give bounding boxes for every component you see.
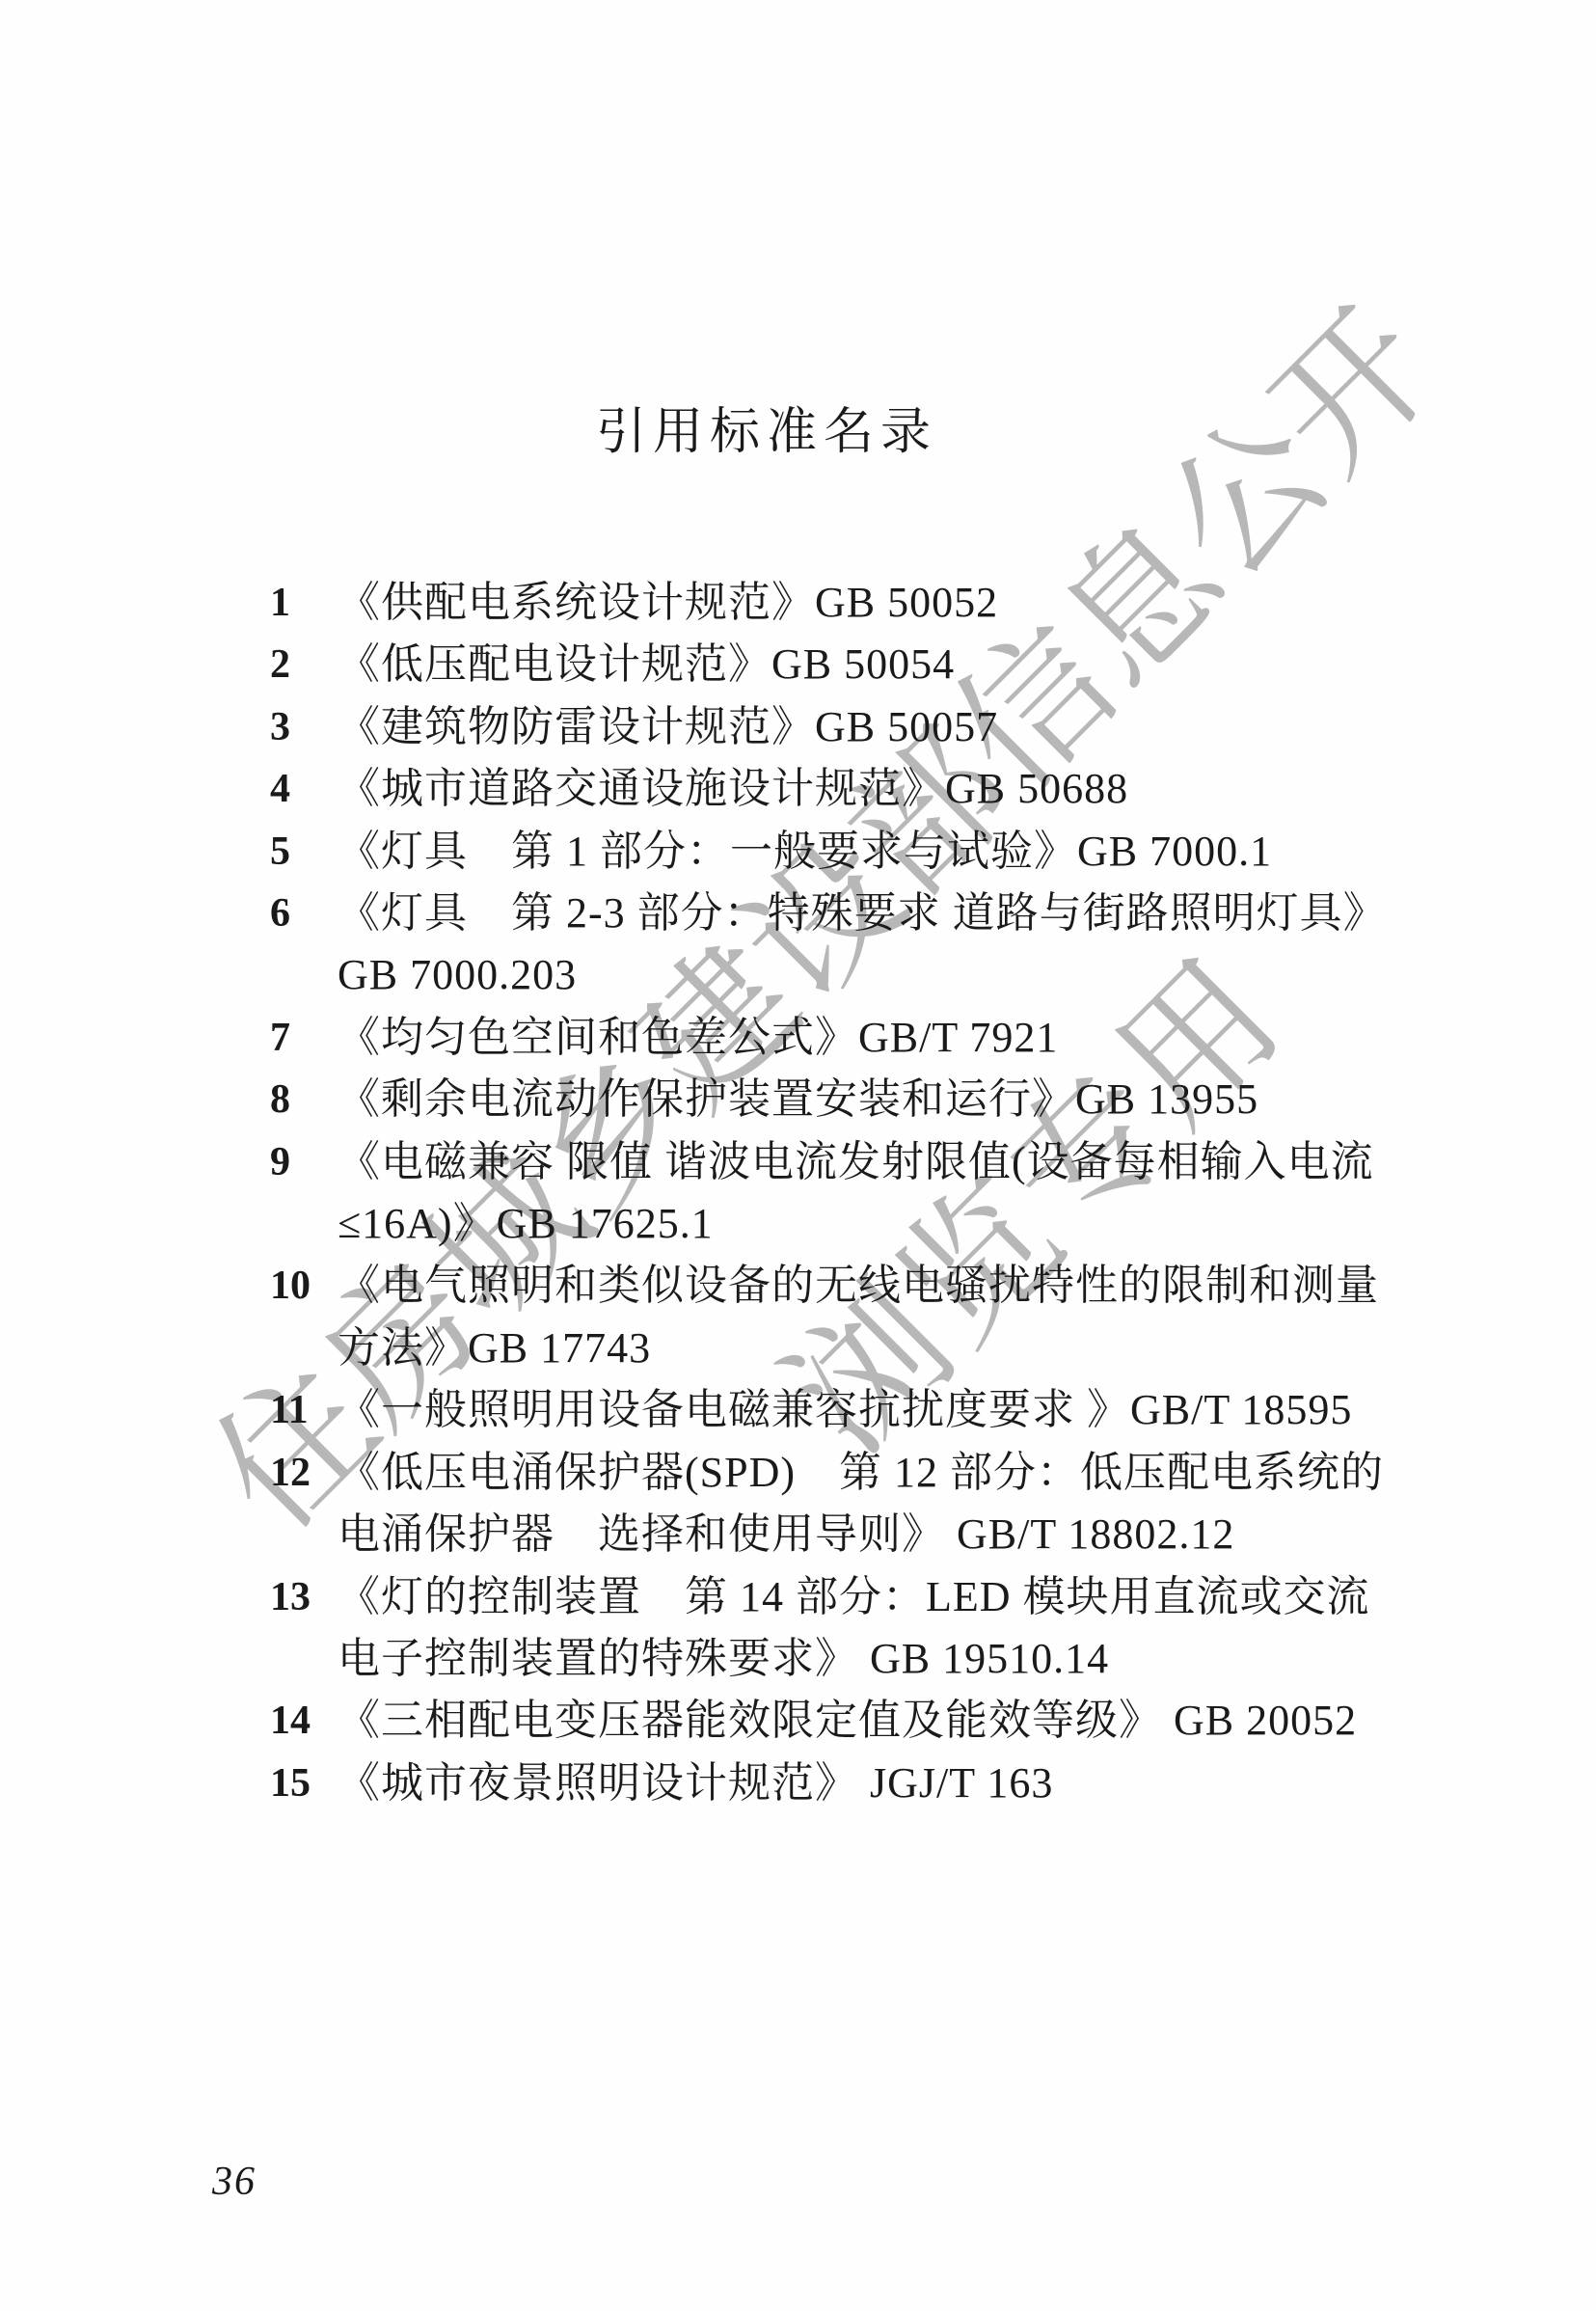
list-item-number: 6 xyxy=(270,883,338,944)
list-item-line: 8《剩余电流动作保护装置安装和运行》GB 13955 xyxy=(270,1069,1408,1130)
list-item-line: 5《灯具 第 1 部分：一般要求与试验》GB 7000.1 xyxy=(270,821,1408,883)
list-item-text: ≤16A)》GB 17625.1 xyxy=(338,1193,1408,1255)
list-item-text: 方法》GB 17743 xyxy=(338,1318,1408,1379)
list-item-text: 电涌保护器 选择和使用导则》 GB/T 18802.12 xyxy=(338,1504,1408,1565)
list-item-number xyxy=(270,1318,338,1379)
list-item-number: 9 xyxy=(270,1131,338,1193)
list-item-line: 电子控制装置的特殊要求》 GB 19510.14 xyxy=(270,1628,1408,1690)
list-item-number: 2 xyxy=(270,634,338,695)
page-title: 引用标准名录 xyxy=(596,406,937,460)
list-item-number: 4 xyxy=(270,758,338,820)
list-item-text: 《建筑物防雷设计规范》GB 50057 xyxy=(338,696,1408,758)
standards-list: 1《供配电系统设计规范》GB 500522《低压配电设计规范》GB 500543… xyxy=(270,572,1408,1814)
list-item-line: 1《供配电系统设计规范》GB 50052 xyxy=(270,572,1408,634)
list-item-text: 《均匀色空间和色差公式》GB/T 7921 xyxy=(338,1007,1408,1069)
list-item-number: 14 xyxy=(270,1690,338,1752)
list-item-number: 15 xyxy=(270,1753,338,1814)
list-item-text: 《低压配电设计规范》GB 50054 xyxy=(338,634,1408,695)
list-item-line: GB 7000.203 xyxy=(270,944,1408,1006)
page-number: 36 xyxy=(212,2159,257,2205)
list-item-line: 14《三相配电变压器能效限定值及能效等级》 GB 20052 xyxy=(270,1690,1408,1752)
list-item-text: 《灯具 第 2-3 部分：特殊要求 道路与街路照明灯具》 xyxy=(338,883,1408,944)
list-item-text: GB 7000.203 xyxy=(338,944,1408,1006)
list-item-text: 《三相配电变压器能效限定值及能效等级》 GB 20052 xyxy=(338,1690,1408,1752)
list-item-line: 电涌保护器 选择和使用导则》 GB/T 18802.12 xyxy=(270,1504,1408,1565)
list-item-text: 《城市道路交通设施设计规范》GB 50688 xyxy=(338,758,1408,820)
list-item-line: 9《电磁兼容 限值 谐波电流发射限值(设备每相输入电流 xyxy=(270,1131,1408,1193)
list-item-number: 10 xyxy=(270,1255,338,1317)
list-item-line: 方法》GB 17743 xyxy=(270,1318,1408,1379)
list-item-line: 3《建筑物防雷设计规范》GB 50057 xyxy=(270,696,1408,758)
list-item-text: 《电磁兼容 限值 谐波电流发射限值(设备每相输入电流 xyxy=(338,1131,1408,1193)
list-item-text: 《灯的控制装置 第 14 部分：LED 模块用直流或交流 xyxy=(338,1566,1408,1628)
list-item-line: 12《低压电涌保护器(SPD) 第 12 部分：低压配电系统的 xyxy=(270,1442,1408,1504)
list-item-text: 《城市夜景照明设计规范》 JGJ/T 163 xyxy=(338,1753,1408,1814)
list-item-number: 5 xyxy=(270,821,338,883)
list-item-line: ≤16A)》GB 17625.1 xyxy=(270,1193,1408,1255)
list-item-line: 4《城市道路交通设施设计规范》GB 50688 xyxy=(270,758,1408,820)
list-item-text: 《低压电涌保护器(SPD) 第 12 部分：低压配电系统的 xyxy=(338,1442,1408,1504)
list-item-number xyxy=(270,944,338,1006)
list-item-number: 1 xyxy=(270,572,338,634)
list-item-text: 《一般照明用设备电磁兼容抗扰度要求 》GB/T 18595 xyxy=(338,1379,1408,1441)
list-item-line: 15《城市夜景照明设计规范》 JGJ/T 163 xyxy=(270,1753,1408,1814)
list-item-line: 10《电气照明和类似设备的无线电骚扰特性的限制和测量 xyxy=(270,1255,1408,1317)
list-item-number: 7 xyxy=(270,1007,338,1069)
list-item-number: 13 xyxy=(270,1566,338,1628)
list-item-line: 2《低压配电设计规范》GB 50054 xyxy=(270,634,1408,695)
list-item-line: 6《灯具 第 2-3 部分：特殊要求 道路与街路照明灯具》 xyxy=(270,883,1408,944)
list-item-number: 3 xyxy=(270,696,338,758)
list-item-text: 《灯具 第 1 部分：一般要求与试验》GB 7000.1 xyxy=(338,821,1408,883)
list-item-line: 11《一般照明用设备电磁兼容抗扰度要求 》GB/T 18595 xyxy=(270,1379,1408,1441)
list-item-number: 12 xyxy=(270,1442,338,1504)
list-item-text: 《电气照明和类似设备的无线电骚扰特性的限制和测量 xyxy=(338,1255,1408,1317)
list-item-number xyxy=(270,1628,338,1690)
list-item-line: 13《灯的控制装置 第 14 部分：LED 模块用直流或交流 xyxy=(270,1566,1408,1628)
list-item-number xyxy=(270,1504,338,1565)
list-item-text: 《剩余电流动作保护装置安装和运行》GB 13955 xyxy=(338,1069,1408,1130)
list-item-number: 11 xyxy=(270,1379,338,1441)
document-page: 住房城乡建设部信息公开 浏览专用 引用标准名录 1《供配电系统设计规范》GB 5… xyxy=(0,0,1596,2311)
list-item-text: 电子控制装置的特殊要求》 GB 19510.14 xyxy=(338,1628,1408,1690)
list-item-number: 8 xyxy=(270,1069,338,1130)
list-item-text: 《供配电系统设计规范》GB 50052 xyxy=(338,572,1408,634)
list-item-line: 7《均匀色空间和色差公式》GB/T 7921 xyxy=(270,1007,1408,1069)
list-item-number xyxy=(270,1193,338,1255)
